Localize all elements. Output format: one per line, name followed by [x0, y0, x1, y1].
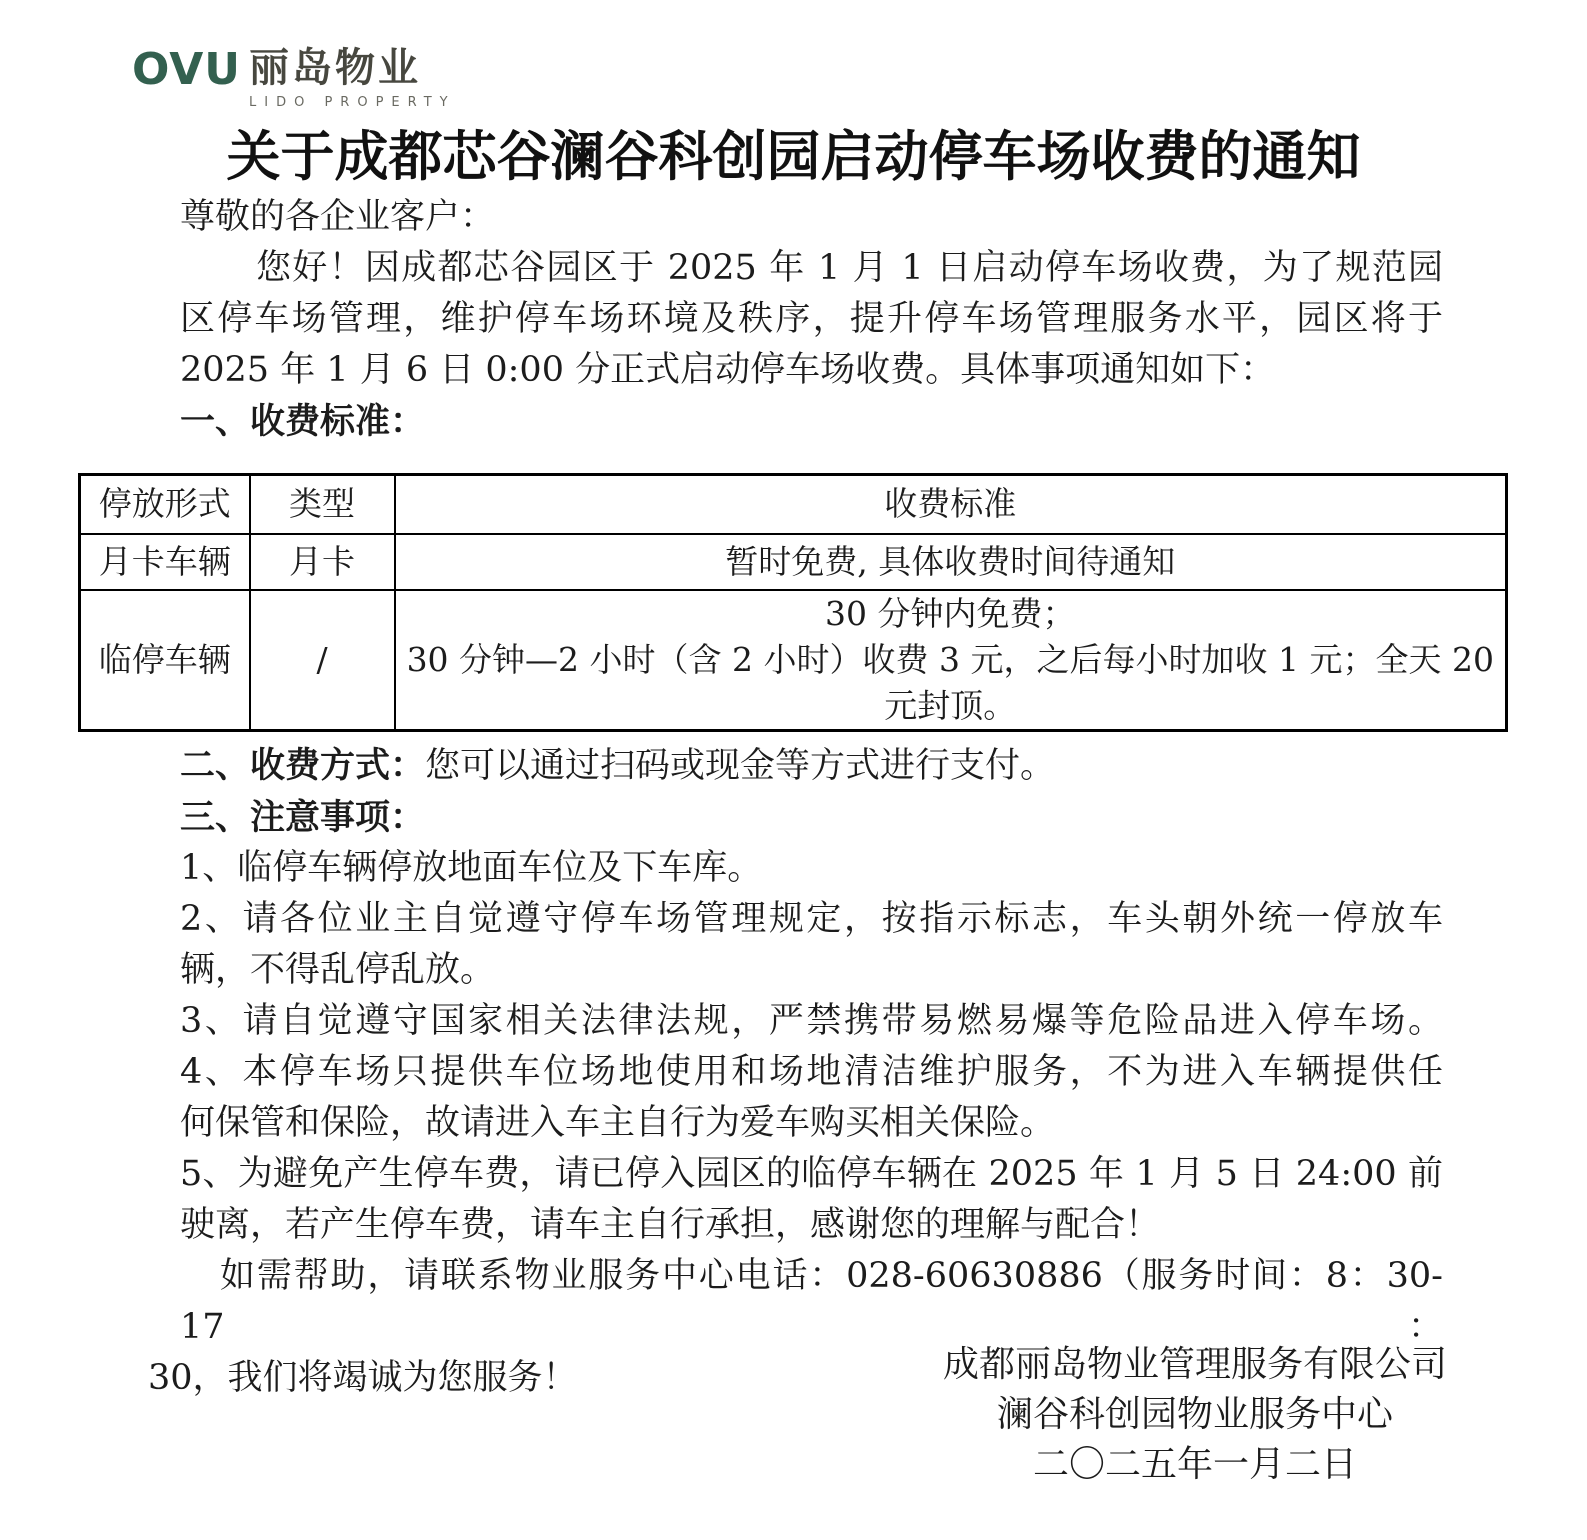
table-header-row: 停放形式 类型 收费标准 — [80, 475, 1507, 534]
note-item-3: 3、请自觉遵守国家相关法律法规，严禁携带易燃易爆等危险品进入停车场。 — [180, 996, 1443, 1047]
section2-line: 二、收费方式：您可以通过扫码或现金等方式进行支付。 — [180, 740, 1443, 792]
fee-standard-table: 停放形式 类型 收费标准 月卡车辆 月卡 暂时免费, 具体收费时间待通知 临停车… — [78, 473, 1508, 732]
help-line-1: 如需帮助，请联系物业服务中心电话：028-60630886（服务时间：8：30-… — [180, 1251, 1443, 1353]
fee-line-2: 30 分钟—2 小时（含 2 小时）收费 3 元，之后每小时加收 1 元；全天 … — [402, 637, 1500, 729]
greeting-line: 尊敬的各企业客户： — [180, 192, 1443, 243]
signature-company: 成都丽岛物业管理服务有限公司 — [943, 1340, 1447, 1390]
fee-line-1: 30 分钟内免费； — [402, 591, 1500, 637]
section2-heading: 二、收费方式： — [180, 745, 425, 786]
table-row: 临停车辆 / 30 分钟内免费； 30 分钟—2 小时（含 2 小时）收费 3 … — [80, 590, 1507, 731]
header-parking-form: 停放形式 — [80, 475, 250, 534]
cell-parking-form: 月卡车辆 — [80, 534, 250, 590]
logo-chinese-name: 丽岛物业 — [249, 48, 456, 88]
signature-service-center: 澜谷科创园物业服务中心 — [943, 1390, 1447, 1440]
logo-english-name: LIDO PROPERTY — [249, 95, 456, 110]
note-item-5-line-1: 5、为避免产生停车费，请已停入园区的临停车辆在 2025 年 1 月 5 日 2… — [180, 1149, 1443, 1200]
intro-line-1: 您好！因成都芯谷园区于 2025 年 1 月 1 日启动停车场收费，为了规范园 — [180, 243, 1443, 294]
note-item-1: 1、临停车辆停放地面车位及下车库。 — [180, 843, 1443, 894]
cell-type: 月卡 — [250, 534, 395, 590]
notice-title: 关于成都芯谷澜谷科创园启动停车场收费的通知 — [0, 124, 1587, 188]
note-item-5-line-2: 驶离，若产生停车费，请车主自行承担，感谢您的理解与配合！ — [180, 1200, 1443, 1251]
cell-parking-form: 临停车辆 — [80, 590, 250, 731]
note-item-4-line-2: 何保管和保险，故请进入车主自行为爱车购买相关保险。 — [180, 1098, 1443, 1149]
notice-page: OVU 丽岛物业 LIDO PROPERTY 关于成都芯谷澜谷科创园启动停车场收… — [0, 0, 1587, 1540]
note-item-4-line-1: 4、本停车场只提供车位场地使用和场地清洁维护服务，不为进入车辆提供任 — [180, 1047, 1443, 1098]
table-row: 月卡车辆 月卡 暂时免费, 具体收费时间待通知 — [80, 534, 1507, 590]
section2-text: 您可以通过扫码或现金等方式进行支付。 — [425, 746, 1055, 786]
signature-block: 成都丽岛物业管理服务有限公司 澜谷科创园物业服务中心 二〇二五年一月二日 — [943, 1340, 1447, 1490]
header-fee-standard: 收费标准 — [395, 475, 1507, 534]
section3-heading: 三、注意事项： — [180, 792, 1443, 843]
cell-type: / — [250, 590, 395, 731]
intro-line-3: 2025 年 1 月 6 日 0:00 分正式启动停车场收费。具体事项通知如下： — [180, 345, 1443, 396]
header-type: 类型 — [250, 475, 395, 534]
signature-date: 二〇二五年一月二日 — [943, 1440, 1447, 1490]
intro-line-2: 区停车场管理，维护停车场环境及秩序，提升停车场管理服务水平，园区将于 — [180, 294, 1443, 345]
note-item-2-line-1: 2、请各位业主自觉遵守停车场管理规定，按指示标志，车头朝外统一停放车 — [180, 894, 1443, 945]
note-item-2-line-2: 辆，不得乱停乱放。 — [180, 945, 1443, 996]
section1-heading: 一、收费标准： — [180, 396, 1443, 447]
cell-fee-standard: 暂时免费, 具体收费时间待通知 — [395, 534, 1507, 590]
lido-property-logo: OVU 丽岛物业 LIDO PROPERTY — [132, 48, 456, 110]
ovu-logo-text: OVU — [132, 48, 241, 92]
cell-fee-standard: 30 分钟内免费； 30 分钟—2 小时（含 2 小时）收费 3 元，之后每小时… — [395, 590, 1507, 731]
notice-body: 尊敬的各企业客户： 您好！因成都芯谷园区于 2025 年 1 月 1 日启动停车… — [180, 192, 1443, 1404]
